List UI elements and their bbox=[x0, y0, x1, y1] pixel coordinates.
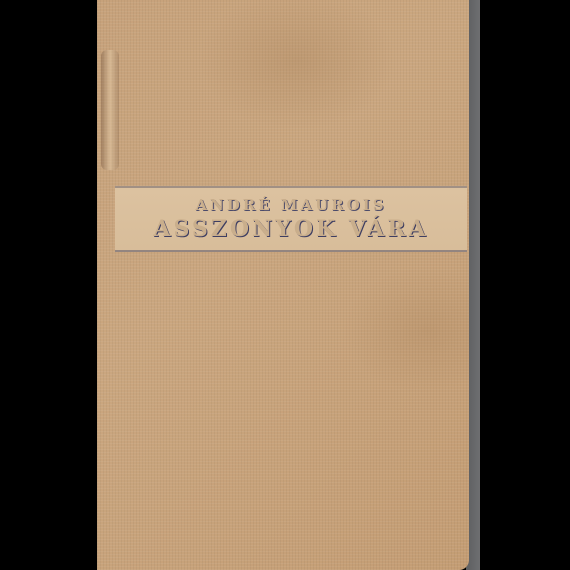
photo-stage: ANDRÉ MAUROIS ASSZONYOK VÁRA bbox=[0, 0, 570, 570]
author-name: ANDRÉ MAUROIS bbox=[115, 196, 467, 214]
book-title: ASSZONYOK VÁRA bbox=[115, 216, 467, 242]
book-cover: ANDRÉ MAUROIS ASSZONYOK VÁRA bbox=[97, 0, 469, 570]
spine-wear bbox=[101, 50, 119, 170]
title-label-band: ANDRÉ MAUROIS ASSZONYOK VÁRA bbox=[115, 186, 467, 252]
